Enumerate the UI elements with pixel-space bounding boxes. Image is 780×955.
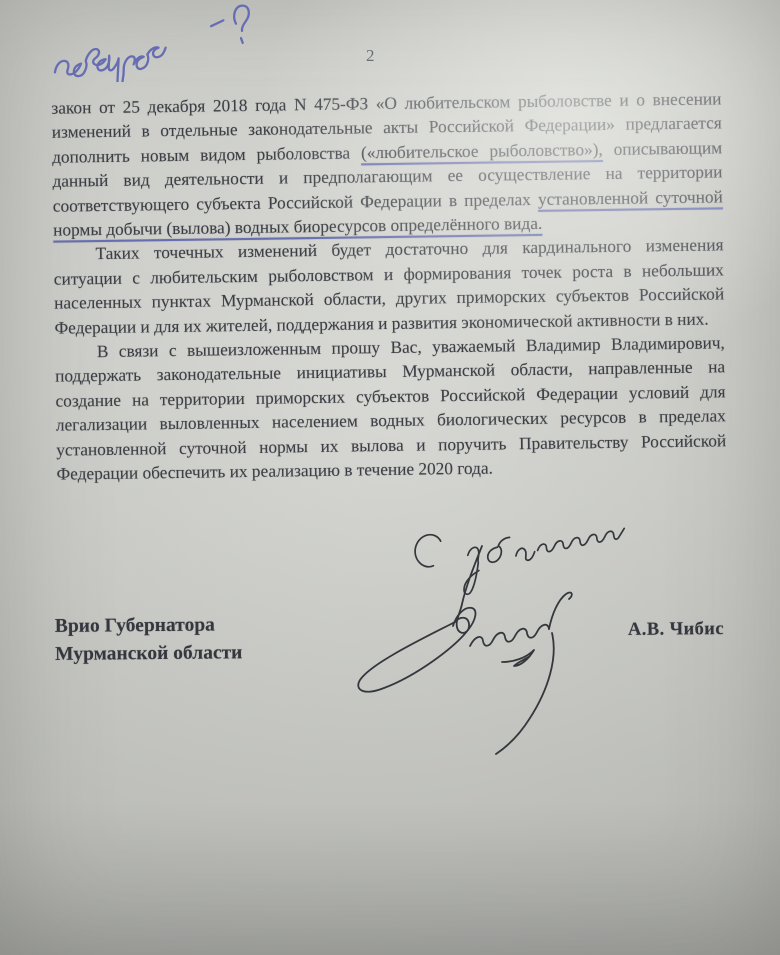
handwriting-question-mark: [233, 5, 253, 44]
signature-loops: [470, 625, 549, 646]
paragraph-1: закон от 25 декабря 2018 года N 475-ФЗ «…: [51, 87, 723, 243]
position-line-2: Мурманской области: [55, 639, 242, 669]
signatory-name: А.В. Чибис: [628, 619, 724, 641]
page-number: 2: [366, 46, 376, 66]
paper-sheet: 2 закон от 25 декабря 2018 года N 475-ФЗ…: [0, 0, 780, 955]
text-segment: Таких точечных изменений будет достаточн…: [54, 236, 725, 338]
signature-ascender: [455, 546, 482, 633]
signature: [312, 538, 612, 768]
handwriting-dash: [210, 20, 223, 26]
letter-body: закон от 25 декабря 2018 года N 475-ФЗ «…: [51, 87, 726, 487]
position-line-1: Врио Губернатора: [55, 611, 242, 641]
paragraph-3: В связи с вышеизложенным прошу Вас, уваж…: [55, 331, 727, 487]
text-segment: В связи с вышеизложенным прошу Вас, уваж…: [55, 333, 726, 483]
pen-underlined-text: («любительское рыболовство»),: [361, 140, 603, 162]
signature-flick: [502, 650, 534, 666]
signatory-position: Врио Губернатора Мурманской области: [55, 611, 243, 669]
handwriting-stroke: [53, 39, 171, 82]
signature-tail: [496, 633, 554, 754]
signature-hook: [549, 593, 572, 629]
paragraph-2: Таких точечных изменений будет достаточн…: [53, 234, 724, 341]
handwritten-note: [46, 4, 268, 82]
